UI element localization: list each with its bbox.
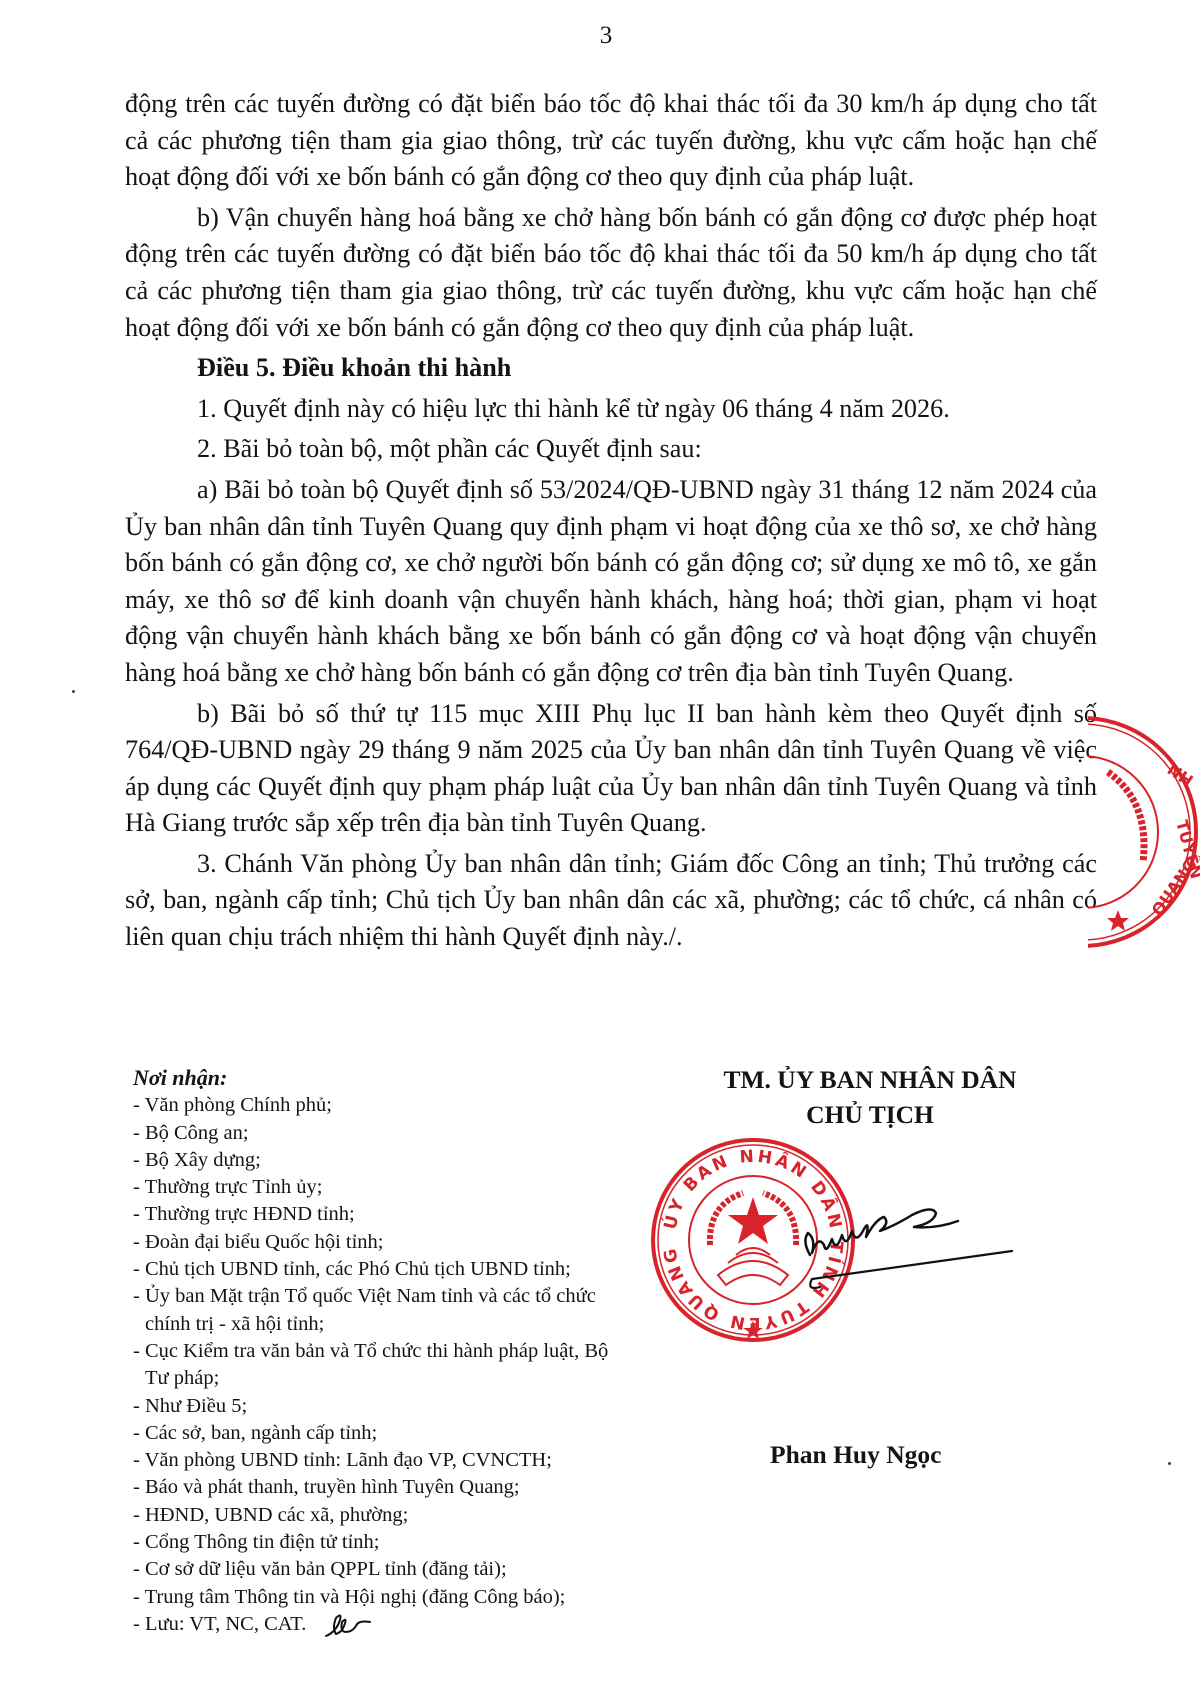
recipient-item: - Cục Kiểm tra văn bản và Tổ chức thi hà… <box>133 1338 633 1393</box>
paragraph-clause-3: 3. Chánh Văn phòng Ủy ban nhân dân tỉnh;… <box>125 846 1097 956</box>
paragraph-clause-2a: a) Bãi bỏ toàn bộ Quyết định số 53/2024/… <box>125 472 1097 692</box>
recipient-item: - Thường trực HĐND tỉnh; <box>133 1201 633 1228</box>
paragraph-clause-2: 2. Bãi bỏ toàn bộ, một phần các Quyết đị… <box>125 431 1097 468</box>
recipient-item: - HĐND, UBND các xã, phường; <box>133 1502 633 1529</box>
recipient-item: - Bộ Xây dựng; <box>133 1147 633 1174</box>
recipient-item: - Văn phòng UBND tỉnh: Lãnh đạo VP, CVNC… <box>133 1447 633 1474</box>
document-body: động trên các tuyến đường có đặt biển bá… <box>125 86 1097 960</box>
recipient-item: - Trung tâm Thông tin và Hội nghị (đăng … <box>133 1584 633 1611</box>
recipient-item: - Văn phòng Chính phủ; <box>133 1092 633 1119</box>
recipients-items: - Văn phòng Chính phủ;- Bộ Công an;- Bộ … <box>133 1092 633 1638</box>
recipient-item: - Ủy ban Mặt trận Tổ quốc Việt Nam tỉnh … <box>133 1283 633 1338</box>
signature-position: CHỦ TỊCH <box>690 1097 1050 1132</box>
paragraph-clause-2b: b) Bãi bỏ số thứ tự 115 mục XIII Phụ lục… <box>125 696 1097 842</box>
recipient-item: - Cổng Thông tin điện tử tỉnh; <box>133 1529 633 1556</box>
paragraph-item-b: b) Vận chuyển hàng hoá bằng xe chở hàng … <box>125 200 1097 346</box>
page-number: 3 <box>0 22 1200 50</box>
paragraph-continuation: động trên các tuyến đường có đặt biển bá… <box>125 86 1097 196</box>
recipient-item: - Chủ tịch UBND tỉnh, các Phó Chủ tịch U… <box>133 1256 633 1283</box>
speck <box>1168 1462 1171 1465</box>
recipients-list: Nơi nhận: - Văn phòng Chính phủ;- Bộ Côn… <box>133 1064 633 1638</box>
paragraph-clause-1: 1. Quyết định này có hiệu lực thi hành k… <box>125 391 1097 428</box>
recipient-item: - Đoàn đại biểu Quốc hội tỉnh; <box>133 1229 633 1256</box>
svg-text:NH: NH <box>1164 760 1197 791</box>
recipient-item: - Các sở, ban, ngành cấp tỉnh; <box>133 1420 633 1447</box>
recipients-title: Nơi nhận: <box>133 1064 633 1091</box>
handwritten-signature-icon <box>780 1195 1020 1305</box>
svg-text:QUANG: QUANG <box>1148 855 1200 919</box>
recipient-item: - Như Điều 5; <box>133 1393 633 1420</box>
initials-mark-icon <box>322 1610 382 1640</box>
speck <box>72 690 75 693</box>
recipient-item: - Thường trực Tỉnh ủy; <box>133 1174 633 1201</box>
signature-title: TM. ỦY BAN NHÂN DÂN <box>690 1062 1050 1097</box>
article-heading: Điều 5. Điều khoản thi hành <box>125 350 1097 387</box>
signer-name: Phan Huy Ngọc <box>770 1440 941 1470</box>
edge-seal-icon: NH TUYÊN QUANG <box>1088 712 1200 952</box>
recipient-item: - Lưu: VT, NC, CAT. <box>133 1611 633 1638</box>
recipient-item: - Bộ Công an; <box>133 1120 633 1147</box>
recipient-item: - Báo và phát thanh, truyền hình Tuyên Q… <box>133 1474 633 1501</box>
signature-block: TM. ỦY BAN NHÂN DÂN CHỦ TỊCH <box>690 1062 1050 1132</box>
recipient-item: - Cơ sở dữ liệu văn bản QPPL tỉnh (đăng … <box>133 1556 633 1583</box>
